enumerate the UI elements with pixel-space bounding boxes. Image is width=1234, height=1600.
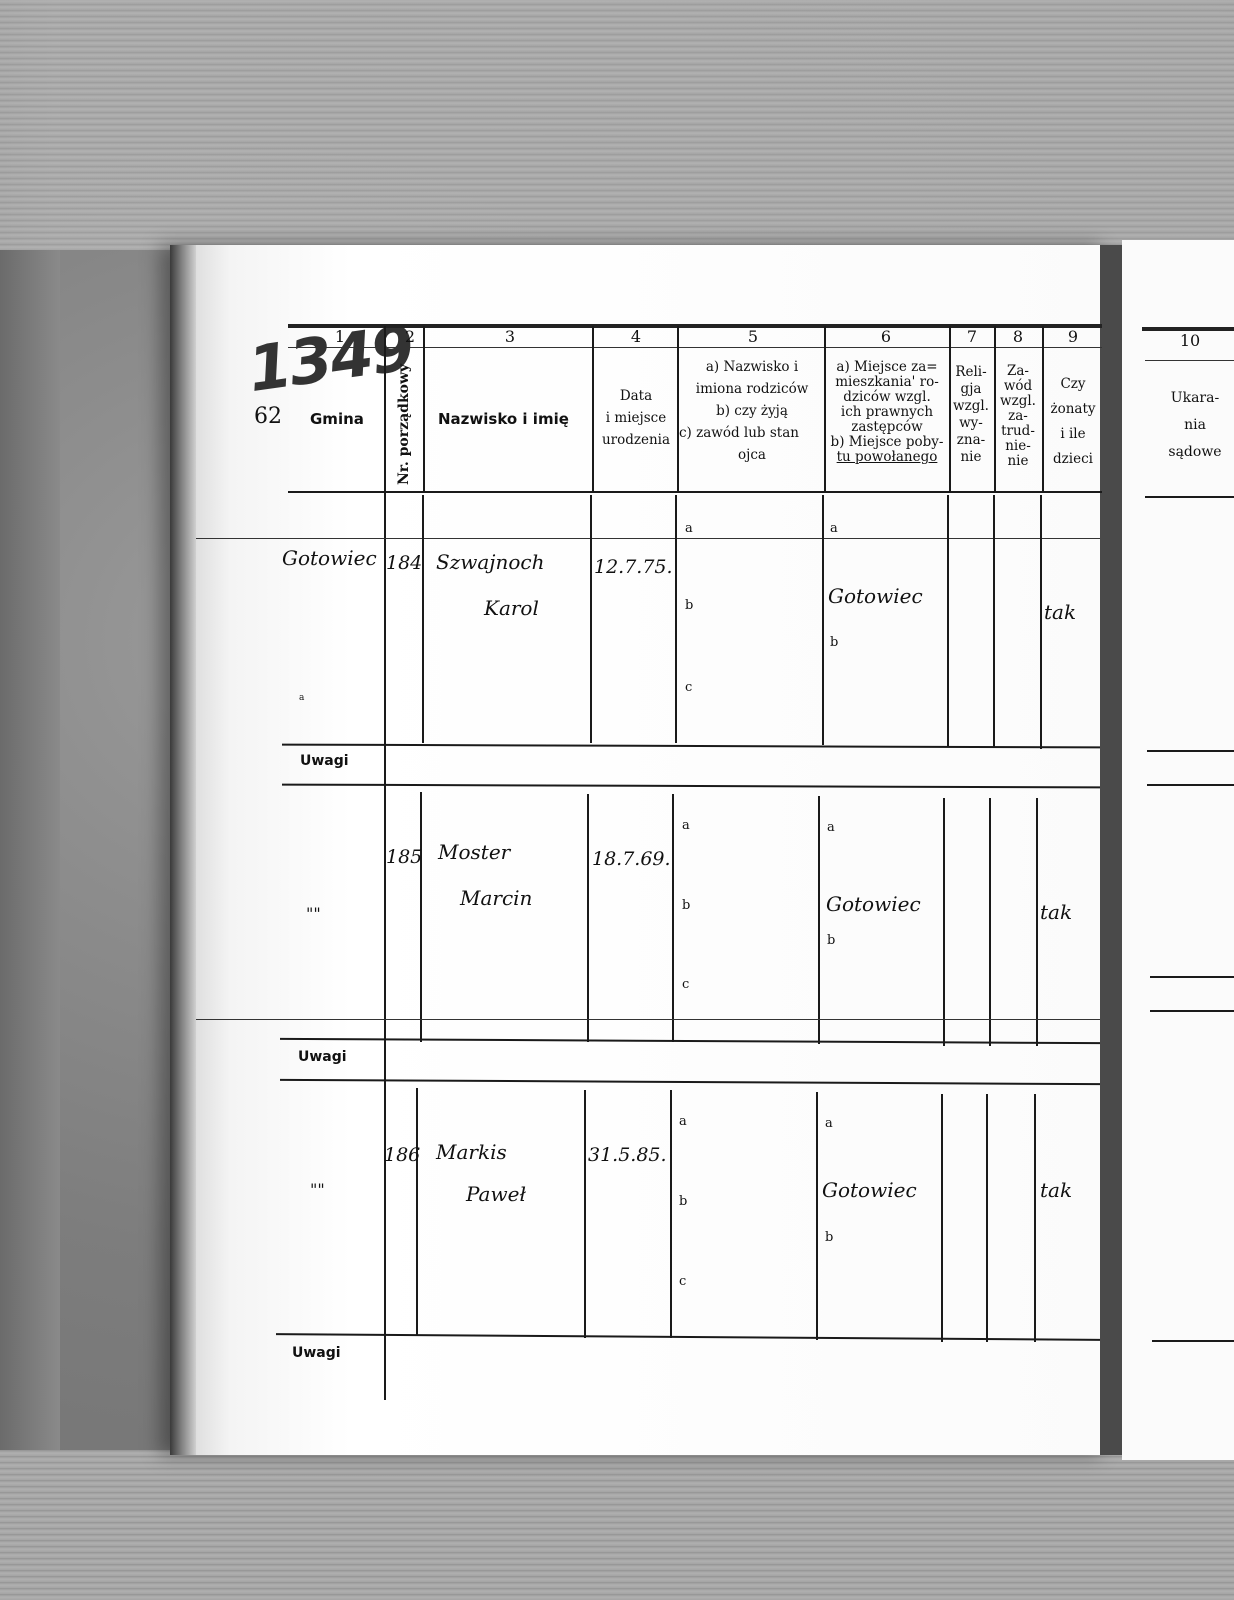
header-zawod: Za- wód wzgl. za- trud- nie- nie: [995, 364, 1041, 469]
column-divider-7-8: [994, 326, 996, 492]
row2-inner-rule: [196, 1019, 1100, 1020]
row2-residence: Gotowiec: [826, 892, 921, 916]
header-bottom-rule-right: [1145, 496, 1234, 498]
header-line: gja: [950, 381, 992, 398]
header-nr-porzadkowy: Nr. porządkowy: [396, 364, 412, 485]
page-edge-shadow: [170, 245, 196, 1455]
header-line: sądowe: [1145, 439, 1234, 466]
row2-divider-5-6: [818, 796, 820, 1044]
row2-birth-date: 18.7.69.: [592, 848, 671, 870]
header-line: wy-: [950, 415, 992, 432]
header-line: wzgl.: [995, 394, 1041, 409]
column-number-rule: [288, 347, 1102, 348]
row3-residence-a: a: [825, 1116, 833, 1131]
facing-page-rule: [1150, 976, 1234, 978]
row1-first-name: Karol: [484, 596, 539, 620]
header-line: za-: [995, 409, 1041, 424]
row2-divider-3-4: [587, 794, 589, 1042]
header-line: zastępców: [825, 420, 949, 435]
row3-married: tak: [1040, 1178, 1072, 1202]
header-czy-zonaty: Czy żonaty i ile dzieci: [1043, 372, 1103, 472]
header-line: urodzenia: [594, 429, 678, 451]
header-line: zna-: [950, 432, 992, 449]
row3-parents-a: a: [679, 1114, 687, 1129]
row3-parents-b: b: [679, 1194, 687, 1209]
row3-nr: 186: [384, 1144, 420, 1166]
column-number-8: 8: [998, 327, 1038, 346]
row1-nr: 184: [386, 552, 422, 574]
row2-residence-a: a: [827, 820, 835, 835]
row3-remarks-label: Uwagi: [292, 1345, 341, 1361]
header-line: mieszkania' ro-: [825, 375, 949, 390]
header-data-urodzenia: Data i miejsce urodzenia: [594, 385, 678, 451]
row2-divider-8-9: [1036, 798, 1038, 1046]
row2-residence-b: b: [827, 933, 835, 948]
column-number-9: 9: [1053, 327, 1093, 346]
row2-parents-c: c: [682, 977, 689, 992]
row3-residence-b: b: [825, 1230, 833, 1245]
row1-residence-a: a: [830, 521, 838, 536]
row3-surname: Markis: [436, 1140, 507, 1164]
header-line: c) zawód lub stan: [679, 422, 825, 444]
page-annotation: 62: [254, 404, 282, 429]
row1-mark: a: [299, 693, 304, 703]
column-number-4: 4: [616, 327, 656, 346]
column-divider-2-3: [423, 326, 425, 492]
row3-divider-4-5: [670, 1090, 672, 1338]
column-number-1: 1: [320, 327, 360, 346]
column-divider-8-9: [1042, 326, 1044, 492]
header-line: Za-: [995, 364, 1041, 379]
row1-parents-c: c: [685, 680, 692, 695]
header-line: nia: [1145, 412, 1234, 439]
row3-divider-5-6: [816, 1092, 818, 1340]
column-divider-5-6: [824, 326, 826, 492]
row2-married: tak: [1040, 900, 1072, 924]
column-number-6: 6: [866, 327, 906, 346]
header-line: tu powołanego: [825, 450, 949, 465]
header-nazwisko-imie: Nazwisko i imię: [438, 410, 569, 428]
header-line: imiona rodziców: [679, 378, 825, 400]
header-gmina: Gmina: [310, 410, 364, 428]
column-number-rule-right: [1145, 360, 1234, 361]
row1-divider-6-7: [947, 495, 949, 747]
header-ukarania-sadowe: Ukara- nia sądowe: [1145, 385, 1234, 466]
header-line: Reli-: [950, 364, 992, 381]
row1-divider-5-6: [822, 495, 824, 745]
row2-divider-6-7: [943, 798, 945, 1046]
header-line: i ile: [1043, 422, 1103, 447]
facing-page-rule: [1147, 750, 1234, 752]
column-number-3: 3: [490, 327, 530, 346]
row3-birth-date: 31.5.85.: [588, 1144, 667, 1166]
row2-divider-7-8: [989, 798, 991, 1046]
header-line: ich prawnych: [825, 405, 949, 420]
row2-divider-4-5: [672, 794, 674, 1042]
header-line: b) czy żyją: [679, 400, 825, 422]
column-number-5: 5: [733, 327, 773, 346]
facing-page-rule: [1152, 1340, 1234, 1342]
header-bottom-rule: [288, 491, 1102, 493]
row3-divider-2-3: [416, 1088, 418, 1336]
row2-nr: 185: [386, 846, 422, 868]
row3-divider-6-7: [941, 1094, 943, 1342]
row1-divider-3-4: [590, 495, 592, 743]
row2-first-name: Marcin: [460, 886, 532, 910]
row1-divider-4-5: [675, 495, 677, 743]
header-line: nie: [950, 449, 992, 466]
row2-remarks-label: Uwagi: [298, 1049, 347, 1065]
row1-gmina: Gotowiec: [282, 546, 377, 570]
row3-divider-3-4: [584, 1090, 586, 1338]
header-line: a) Miejsce za=: [825, 360, 949, 375]
row1-surname: Szwajnoch: [436, 550, 545, 574]
header-line: Czy: [1043, 372, 1103, 397]
row1-parents-a: a: [685, 521, 693, 536]
column-divider-3-4: [592, 326, 594, 492]
column-divider-6-7: [949, 326, 951, 492]
row2-parents-b: b: [682, 898, 690, 913]
header-line: a) Nazwisko i: [679, 356, 825, 378]
header-line: wzgl.: [950, 398, 992, 415]
header-rodzice: a) Nazwisko i imiona rodziców b) czy żyj…: [679, 356, 825, 466]
row1-residence-b: b: [830, 635, 838, 650]
header-miejsce-zamieszkania: a) Miejsce za= mieszkania' ro- dziców wz…: [825, 360, 949, 465]
column-number-7: 7: [952, 327, 992, 346]
row1-remarks-label: Uwagi: [300, 753, 349, 769]
facing-page-rule: [1150, 1010, 1234, 1012]
row1-married: tak: [1044, 600, 1076, 624]
row2-divider-2-3: [420, 792, 422, 1042]
row2-gmina-ditto: "": [306, 904, 321, 923]
row1-a-rule: [196, 538, 1100, 539]
column-divider-4-5: [677, 326, 679, 492]
row1-divider-7-8: [993, 495, 995, 747]
header-line: trud-: [995, 424, 1041, 439]
header-line: ojca: [679, 444, 825, 466]
header-line: b) Miejsce poby-: [825, 435, 949, 450]
row3-residence: Gotowiec: [822, 1178, 917, 1202]
book-gutter: [1100, 245, 1122, 1455]
header-line: nie: [995, 454, 1041, 469]
header-line: dziców wzgl.: [825, 390, 949, 405]
header-line: żonaty: [1043, 397, 1103, 422]
row3-parents-c: c: [679, 1274, 686, 1289]
column-number-10: 10: [1170, 331, 1210, 350]
row1-divider-2-3: [422, 495, 424, 743]
background-bottom: [0, 1450, 1234, 1600]
background-top: [0, 0, 1234, 250]
header-line: nie-: [995, 439, 1041, 454]
row1-birth-date: 12.7.75.: [594, 556, 673, 578]
row1-parents-b: b: [685, 598, 693, 613]
row3-first-name: Paweł: [466, 1182, 526, 1206]
row1-residence: Gotowiec: [828, 584, 923, 608]
row3-divider-7-8: [986, 1094, 988, 1342]
row2-parents-a: a: [682, 818, 690, 833]
header-religia: Reli- gja wzgl. wy- zna- nie: [950, 364, 992, 466]
row3-gmina-ditto: "": [310, 1180, 325, 1199]
row2-surname: Moster: [438, 840, 510, 864]
header-line: Ukara-: [1145, 385, 1234, 412]
row3-divider-8-9: [1034, 1094, 1036, 1342]
header-line: dzieci: [1043, 447, 1103, 472]
row1-divider-8-9: [1040, 495, 1042, 749]
header-line: Data: [594, 385, 678, 407]
header-line: i miejsce: [594, 407, 678, 429]
header-line: wód: [995, 379, 1041, 394]
facing-page-rule: [1147, 784, 1234, 786]
